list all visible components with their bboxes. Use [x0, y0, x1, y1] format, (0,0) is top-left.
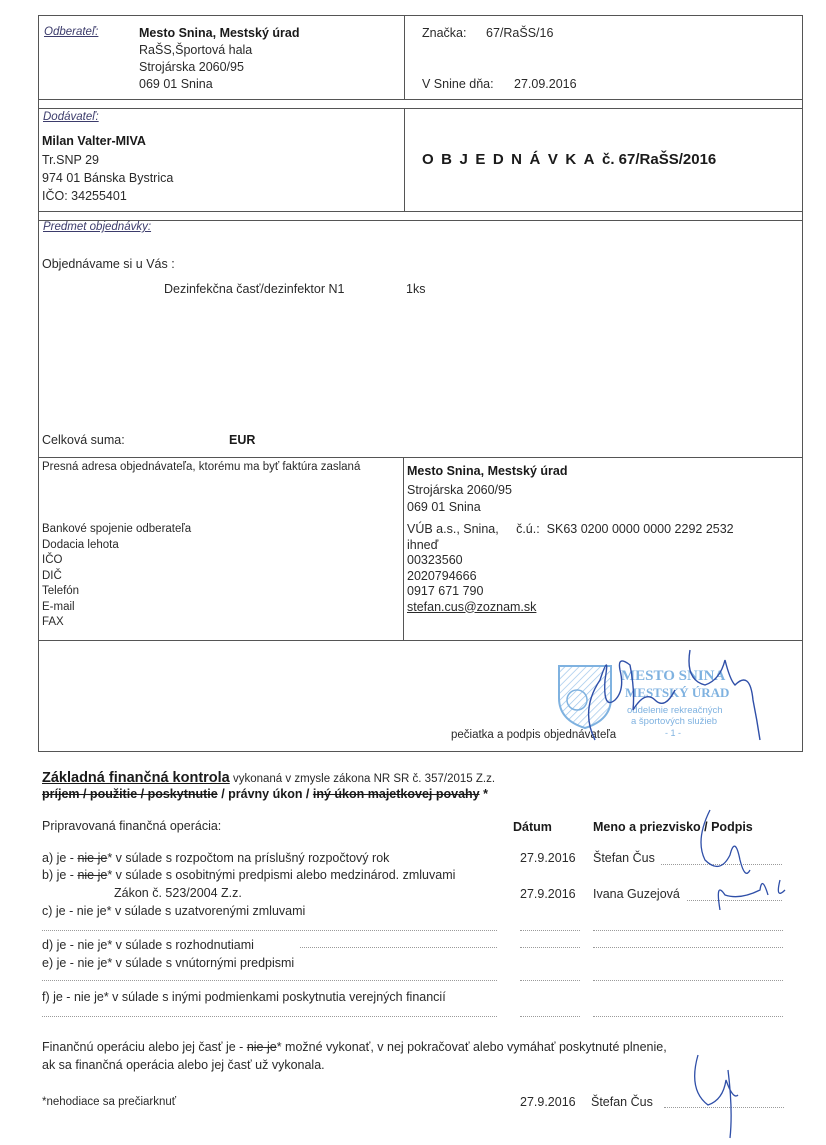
supplier-line: IČO: 34255401	[42, 188, 127, 205]
operation-type-part: / právny úkon /	[218, 787, 313, 801]
billing-address-name: Mesto Snina, Mestský úrad	[407, 463, 567, 480]
customer-line: RaŠS,Športová hala	[139, 42, 252, 59]
divider	[403, 457, 404, 640]
conclusion-suffix: * možné vykonať, v nej pokračovať alebo …	[277, 1040, 667, 1054]
operation-type-part: *	[480, 787, 488, 801]
fill-line	[593, 947, 783, 948]
operation-type-part: iný úkon majetkovej povahy	[313, 787, 480, 801]
conclusion-line2: ak sa finančná operácia alebo jej časť u…	[42, 1057, 325, 1074]
operation-type-part: príjem / použitie / poskytnutie	[42, 787, 218, 801]
divider	[38, 457, 803, 458]
control-title: Základná finančná kontrola	[42, 770, 230, 786]
control-item: e) je - nie je* v súlade s vnútornými pr…	[42, 955, 294, 972]
subject-intro: Objednávame si u Vás :	[42, 256, 175, 273]
billing-row-label: IČO	[42, 553, 62, 568]
total-label: Celková suma:	[42, 432, 125, 449]
fill-line	[520, 1016, 580, 1017]
control-item-date: 27.9.2016	[520, 886, 576, 903]
order-title: OBJEDNÁVKA	[422, 151, 602, 168]
control-title-suffix: vykonaná v zmysle zákona NR SR č. 357/20…	[230, 773, 495, 785]
date-label: V Snine dňa:	[422, 76, 494, 93]
billing-address-label: Presná adresa objednávateľa, ktorému ma …	[42, 460, 360, 475]
supplier-line: Tr.SNP 29	[42, 152, 99, 169]
fill-line	[42, 930, 497, 931]
signature-icon	[690, 800, 790, 910]
fill-line	[42, 980, 497, 981]
billing-row-value: 2020794666	[407, 568, 477, 585]
customer-line: 069 01 Snina	[139, 76, 213, 93]
fill-line	[593, 930, 783, 931]
column-date: Dátum	[513, 819, 552, 836]
billing-row-label: E-mail	[42, 600, 75, 615]
control-item: c) je - nie je* v súlade s uzatvorenými …	[42, 903, 305, 920]
supplier-label: Dodávateľ:	[43, 111, 99, 123]
billing-row-value: 00323560	[407, 552, 463, 569]
footnote: *nehodiace sa prečiarknuť	[42, 1095, 176, 1110]
billing-row-value: 0917 671 790	[407, 583, 483, 600]
billing-row-label: FAX	[42, 615, 64, 630]
signature-icon	[688, 1050, 748, 1140]
fill-line	[300, 947, 497, 948]
conclusion: Finančnú operáciu alebo jej časť je - ni…	[42, 1039, 667, 1056]
customer-name: Mesto Snina, Mestský úrad	[139, 25, 299, 42]
order-number: č. 67/RaŠS/2016	[602, 151, 716, 168]
fill-line	[42, 1016, 497, 1017]
fill-line	[593, 980, 783, 981]
divider	[38, 99, 803, 100]
control-item: d) je - nie je* v súlade s rozhodnutiami	[42, 937, 254, 954]
total-currency: EUR	[229, 432, 255, 449]
supplier-name: Milan Valter-MIVA	[42, 133, 146, 150]
fill-line	[520, 980, 580, 981]
conclusion-negation: nie je	[247, 1040, 277, 1054]
control-item-name: Ivana Guzejová	[593, 886, 680, 903]
fill-line	[593, 1016, 783, 1017]
operation-type: príjem / použitie / poskytnutie / právny…	[42, 787, 488, 801]
divider	[404, 108, 405, 211]
billing-row-value: VÚB a.s., Snina, č.ú.: SK63 0200 0000 00…	[407, 521, 734, 538]
operation-label: Pripravovaná finančná operácia:	[42, 818, 221, 835]
billing-row-label: Dodacia lehota	[42, 538, 119, 553]
final-name: Štefan Čus	[591, 1094, 653, 1111]
control-item: f) je - nie je* v súlade s inými podmien…	[42, 989, 446, 1006]
email-link[interactable]: stefan.cus@zoznam.sk	[407, 599, 536, 616]
billing-address-line: Strojárska 2060/95	[407, 482, 512, 499]
billing-row-value: ihneď	[407, 537, 438, 554]
control-item-name: Štefan Čus	[593, 850, 655, 867]
subject-label: Predmet objednávky:	[43, 221, 151, 233]
supplier-line: 974 01 Bánska Bystrica	[42, 170, 173, 187]
final-date: 27.9.2016	[520, 1094, 576, 1111]
customer-label: Odberateľ:	[44, 26, 98, 38]
divider	[404, 15, 405, 99]
divider	[38, 108, 803, 109]
item-quantity: 1ks	[406, 281, 425, 298]
divider	[38, 211, 803, 212]
ref-label: Značka:	[422, 25, 466, 42]
fill-line	[520, 930, 580, 931]
fill-line	[520, 947, 580, 948]
item-name: Dezinfekčna časť/dezinfektor N1	[164, 281, 344, 298]
control-item-date: 27.9.2016	[520, 850, 576, 867]
conclusion-prefix: Finančnú operáciu alebo jej časť je -	[42, 1040, 247, 1054]
control-item-note: Zákon č. 523/2004 Z.z.	[114, 885, 242, 902]
control-item: b) je - nie je* v súlade s osobitnými pr…	[42, 867, 455, 884]
customer-line: Strojárska 2060/95	[139, 59, 244, 76]
control-title-line: Základná finančná kontrola vykonaná v zm…	[42, 769, 495, 787]
billing-row-label: Telefón	[42, 584, 79, 599]
billing-row-label: DIČ	[42, 569, 62, 584]
signature-icon	[575, 640, 775, 750]
billing-row-label: Bankové spojenie odberateľa	[42, 522, 191, 537]
ref-value: 67/RaŠS/16	[486, 25, 553, 42]
billing-address-line: 069 01 Snina	[407, 499, 481, 516]
divider	[38, 220, 803, 221]
date-value: 27.09.2016	[514, 76, 577, 93]
control-item: a) je - nie je* v súlade s rozpočtom na …	[42, 850, 389, 867]
